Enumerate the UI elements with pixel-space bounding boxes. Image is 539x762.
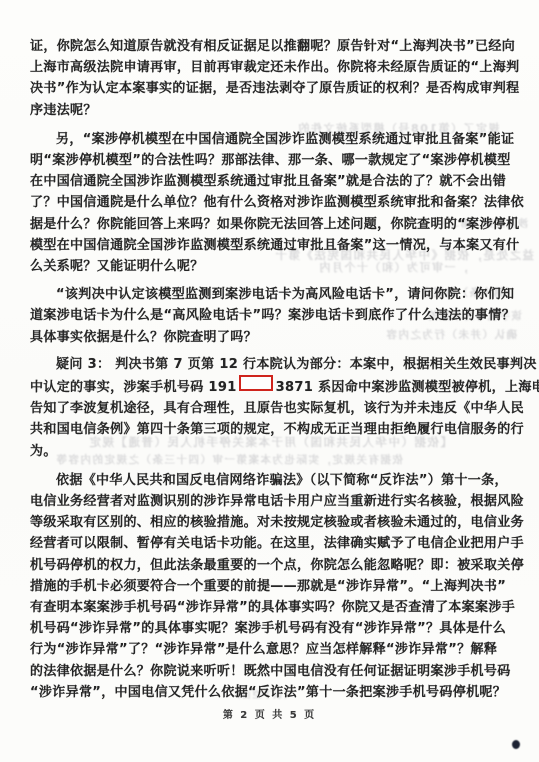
document-body: 证，你院怎么知道原告就没有相反证据足以推翻呢？原告针对“上海判决书”已经向上海市… — [30, 36, 512, 703]
text-line: 措施的手机卡必须要符合一个重要的前提——那就是“涉诈异常”。“上海判决书” — [30, 576, 512, 597]
text-line: 么关系呢？又能证明什么呢？ — [30, 256, 512, 277]
text-line: 机号码“涉诈异常”的具体事实呢？案涉手机号码有没有“涉诈异常”？具体是什么 — [30, 618, 512, 639]
text-line: 电信业务经营者对监测识别的涉诈异常电话卡用户应当重新进行实名核验，根据风险 — [30, 491, 512, 512]
text-line: 行为“涉诈异常”了？“涉诈异常”是什么意思？应当怎样解释“涉诈异常”？解释 — [30, 639, 512, 660]
text-line: 序违法呢？ — [30, 100, 512, 121]
scanned-document-page: 规定了（第108号）模型系统文件的涉及之案（第二）益之处是，依据《中华人民共和国… — [0, 0, 539, 762]
paragraph: “该判决中认定该模型监测到案涉电话卡为高风险电话卡”，请问你院：你们知道案涉电话… — [30, 284, 512, 348]
paragraph: 依据《中华人民共和国反电信网络诈骗法》（以下简称“反诈法”）第十一条，电信业务经… — [30, 470, 512, 703]
text-line: 依据《中华人民共和国反电信网络诈骗法》（以下简称“反诈法”）第十一条， — [30, 470, 512, 491]
text-line: 等级采取有区别的、相应的核验措施。对未按规定核验或者核验未通过的，电信业务 — [30, 512, 512, 533]
text-line: 具体事实依据是什么？你院查明了吗？ — [30, 327, 512, 348]
text-line: 共和国电信条例》第四十条第三项的规定，不构成无正当理由拒绝履行电信服务的行 — [30, 419, 512, 440]
text-line: 的法律依据是什么？你院说来听听！既然中国电信没有任何证据证明案涉手机号码 — [30, 661, 512, 682]
text-line: 据是什么？你院能回答上来吗？如果你院无法回答上述问题，你院查明的“案涉停机 — [30, 214, 512, 235]
text-line: 经营者可以限制、暂停有关电话卡功能。在这里，法律确实赋予了电信企业把用户手 — [30, 533, 512, 554]
text-line: 另，“案涉停机模型在中国信通院全国涉诈监测模型系统通过审批且备案”能证 — [30, 129, 512, 150]
text-line: 道案涉电话卡为什么是“高风险电话卡”吗？案涉电话卡到底作了什么违法的事情？ — [30, 305, 512, 326]
text-line: “涉诈异常”，中国电信又凭什么依据“反诈法”第十一条把案涉手机号码停机呢？ — [30, 682, 512, 703]
text-line: 在中国信通院全国涉诈监测模型系统通过审批且备案”就是合法的了？就不会出错 — [30, 171, 512, 192]
text-line: 上海市高级法院申请再审，目前再审裁定还未作出。你院将未经原告质证的“上海判 — [30, 57, 512, 78]
page-number: 第 2 页 共 5 页 — [0, 706, 539, 721]
text-line: 了？中国信通院是什么单位？他有什么资格对涉诈监测模型系统审批和备案？法律依 — [30, 192, 512, 213]
text-line: 决书”作为认定本案事实的证据，是否违法剥夺了原告质证的权利？是否构成审判程 — [30, 78, 512, 99]
ink-dot — [512, 740, 520, 749]
paragraph: 另，“案涉停机模型在中国信通院全国涉诈监测模型系统通过审批且备案”能证明“案涉停… — [30, 129, 512, 277]
text-line: 告知了李波复机途径，具有合理性，且原告也实际复机，该行为并未违反《中华人民 — [30, 398, 512, 419]
text-line: “该判决中认定该模型监测到案涉电话卡为高风险电话卡”，请问你院：你们知 — [30, 284, 512, 305]
text-line: 中认定的事实，涉案手机号码 1913871 系因命中案涉监测模型被停机，上海电信 — [30, 375, 512, 398]
text-line: 疑问 3： 判决书第 7 页第 12 行本院认为部分：本案中，根据相关生效民事判… — [30, 354, 512, 375]
text-line: 机号码停机的权力，但此法条最重要的一个点，你院怎么能忽略呢？即：被采取关停 — [30, 555, 512, 576]
text-line: 证，你院怎么知道原告就没有相反证据足以推翻呢？原告针对“上海判决书”已经向 — [30, 36, 512, 57]
text-line: 为。 — [30, 441, 512, 462]
text-line: 有查明本案案涉手机号码“涉诈异常”的具体事实吗？你院又是否查清了本案案涉手 — [30, 597, 512, 618]
redaction-box — [239, 375, 273, 391]
text-line: 明“案涉停机模型”的合法性吗？那部法律、那一条、哪一款规定了“案涉停机模型 — [30, 150, 512, 171]
paragraph: 疑问 3： 判决书第 7 页第 12 行本院认为部分：本案中，根据相关生效民事判… — [30, 354, 512, 462]
text-line: 模型在中国信通院全国涉诈监测模型系统通过审批且备案”这一情况，与本案又有什 — [30, 235, 512, 256]
paragraph: 证，你院怎么知道原告就没有相反证据足以推翻呢？原告针对“上海判决书”已经向上海市… — [30, 36, 512, 121]
